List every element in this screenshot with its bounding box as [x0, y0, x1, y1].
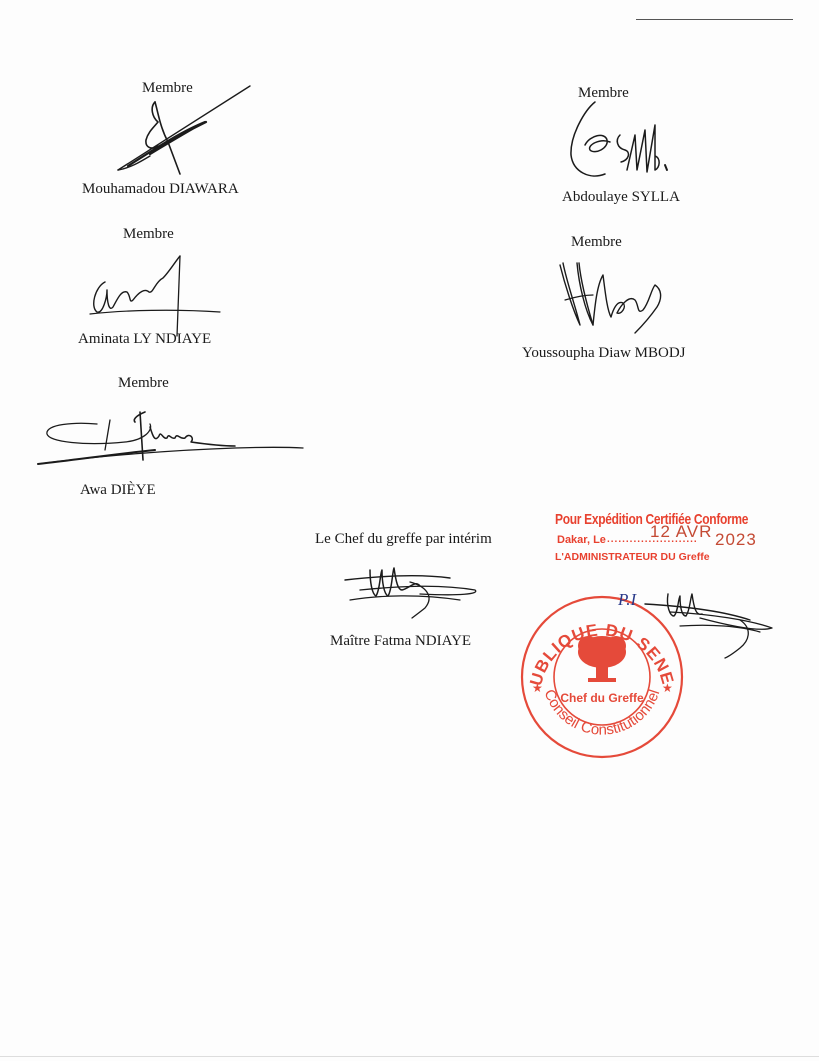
- certification-stamp: Pour Expédition Certifiée Conforme Dakar…: [555, 510, 795, 563]
- svg-text:★: ★: [662, 681, 673, 695]
- svg-text:★: ★: [532, 681, 543, 695]
- baobab-tree-icon: [578, 636, 626, 682]
- role-label: Membre: [571, 234, 622, 251]
- role-label: Membre: [118, 375, 169, 392]
- signature-sylla: [565, 100, 675, 190]
- stamp-date: 12 AVR: [650, 522, 712, 542]
- signatory-name: Mouhamadou DIAWARA: [82, 181, 239, 198]
- signature-administrator: [640, 592, 780, 672]
- signature-ly-ndiaye: [85, 252, 225, 342]
- signatory-name: Aminata LY NDIAYE: [78, 331, 211, 348]
- signature-diawara: [110, 82, 260, 177]
- greffe-name: Maître Fatma NDIAYE: [330, 633, 471, 650]
- signatory-name: Youssoupha Diaw MBODJ: [522, 345, 686, 362]
- signatory-name: Abdoulaye SYLLA: [562, 189, 680, 206]
- seal-center-text: Chef du Greffe: [560, 691, 644, 705]
- stamp-year: 2023: [715, 530, 757, 550]
- role-label: Membre: [123, 226, 174, 243]
- signatory-name: Awa DIÈYE: [80, 482, 156, 499]
- signature-fatma-ndiaye: [340, 560, 490, 620]
- page-bottom-edge: [0, 1056, 819, 1057]
- stamp-line-3: L'ADMINISTRATEUR DU Greffe: [555, 551, 795, 563]
- greffe-title: Le Chef du greffe par intérim: [315, 531, 492, 548]
- top-rule: [636, 19, 793, 20]
- signature-dieye: [35, 402, 305, 472]
- stamp-place: Dakar, Le: [557, 534, 606, 546]
- pi-annotation: P.I: [618, 590, 636, 610]
- signature-mbodj: [555, 255, 675, 340]
- stamp-date-line: Dakar, Le ........................ 12 AV…: [555, 528, 795, 548]
